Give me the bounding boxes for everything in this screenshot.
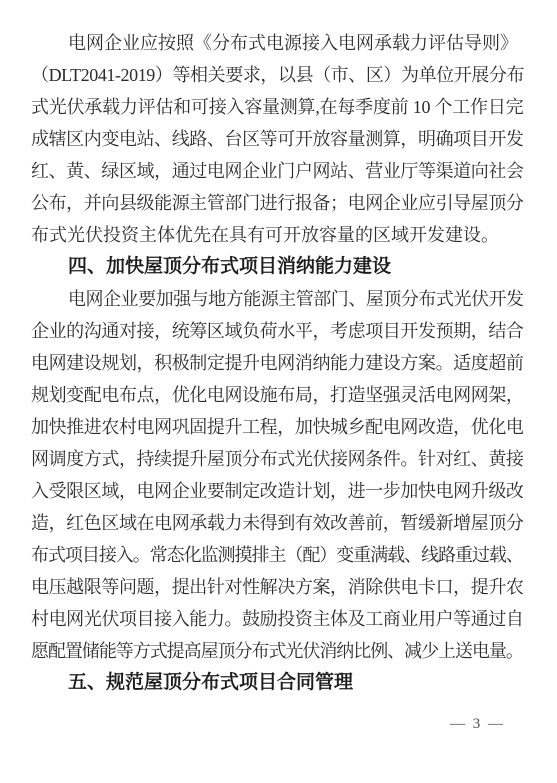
text-line: 愿配置储能等方式提高屋顶分布式光伏消纳比例、减少上送电量。 xyxy=(31,635,524,667)
text-line: 企业的沟通对接，统筹区域负荷水平，考虑项目开发预期，结合 xyxy=(31,315,524,347)
text-line: 红、黄、绿区域，通过电网企业门户网站、营业厅等渠道向社会 xyxy=(31,155,524,187)
text-line: （DLT2041-2019）等相关要求，以县（市、区）为单位开展分布 xyxy=(31,59,524,91)
section-heading: 四、加快屋顶分布式项目消纳能力建设 xyxy=(31,251,524,283)
text-line: 村电网光伏项目接入能力。鼓励投资主体及工商业用户等通过自 xyxy=(31,603,524,635)
text-line: 式光伏承载力评估和可接入容量测算,在每季度前 10 个工作日完 xyxy=(31,91,524,123)
text-line: 规划变配电布点，优化电网设施布局，打造坚强灵活电网网架， xyxy=(31,379,524,411)
text-line: 布式项目接入。常态化监测摸排主（配）变重满载、线路重过载、 xyxy=(31,539,524,571)
document-page: 电网企业应按照《分布式电源接入电网承载力评估导则》（DLT2041-2019）等… xyxy=(0,0,557,783)
text-line: 电网企业要加强与地方能源主管部门、屋顶分布式光伏开发 xyxy=(31,283,524,315)
text-line: 造，红色区域在电网承载力未得到有效改善前，暂缓新增屋顶分 xyxy=(31,507,524,539)
text-block: 电网企业应按照《分布式电源接入电网承载力评估导则》（DLT2041-2019）等… xyxy=(31,27,524,699)
text-line: 电网企业应按照《分布式电源接入电网承载力评估导则》 xyxy=(31,27,524,59)
text-line: 电压越限等问题，提出针对性解决方案，消除供电卡口，提升农 xyxy=(31,571,524,603)
text-line: 电网建设规划，积极制定提升电网消纳能力建设方案。适度超前 xyxy=(31,347,524,379)
text-line: 公布，并向县级能源主管部门进行报备；电网企业应引导屋顶分 xyxy=(31,187,524,219)
text-line: 入受限区域，电网企业要制定改造计划，进一步加快电网升级改 xyxy=(31,475,524,507)
text-line: 加快推进农村电网巩固提升工程，加快城乡配电网改造，优化电 xyxy=(31,411,524,443)
text-line: 布式光伏投资主体优先在具有可开放容量的区域开发建设。 xyxy=(31,219,524,251)
text-line: 成辖区内变电站、线路、台区等可开放容量测算，明确项目开发 xyxy=(31,123,524,155)
text-line: 网调度方式，持续提升屋顶分布式光伏接网条件。针对红、黄接 xyxy=(31,443,524,475)
section-heading: 五、规范屋顶分布式项目合同管理 xyxy=(31,667,524,699)
page-number: — 3 — xyxy=(450,716,505,733)
